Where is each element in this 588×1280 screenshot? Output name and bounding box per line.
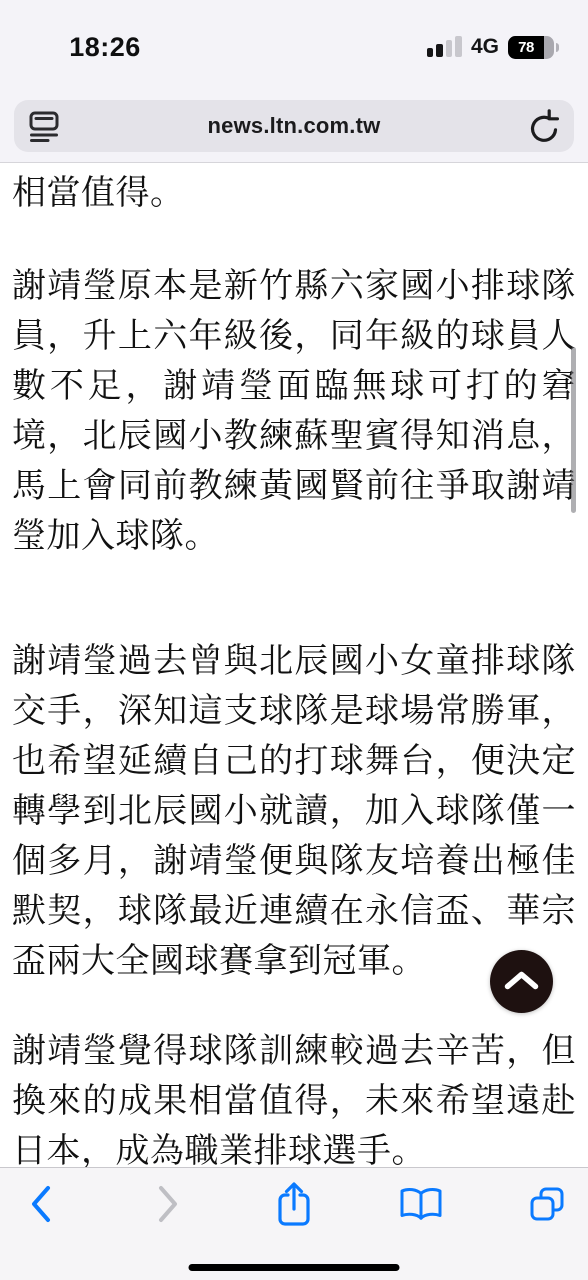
forward-button[interactable] (145, 1176, 191, 1232)
scrollbar-thumb[interactable] (571, 347, 576, 513)
forward-chevron-icon (155, 1184, 181, 1224)
open-book-icon (398, 1184, 444, 1224)
article-paragraph: 謝靖瑩覺得球隊訓練較過去辛苦，但換來的成果相當值得，未來希望遠赴日本，成為職業排… (12, 1026, 576, 1167)
web-page-content: 相當值得。 謝靖瑩原本是新竹縣六家國小排球隊員，升上六年級後，同年級的球員人數不… (0, 163, 588, 1167)
battery-icon: 78 (508, 36, 554, 59)
status-bar: 18:26 4G 78 (0, 30, 588, 64)
chevron-up-icon (490, 950, 553, 1013)
safari-browser-screen: 18:26 4G 78 (0, 0, 588, 1280)
reader-page-icon (27, 109, 61, 143)
battery-percent: 78 (508, 36, 544, 59)
scroll-to-top-button[interactable] (490, 950, 553, 1013)
status-time: 18:26 (60, 30, 150, 64)
bookmarks-button[interactable] (398, 1176, 444, 1232)
share-button[interactable] (271, 1176, 317, 1232)
article-paragraph: 謝靖瑩原本是新竹縣六家國小排球隊員，升上六年級後，同年級的球員人數不足，謝靖瑩面… (12, 261, 576, 561)
url-text: news.ltn.com.tw (208, 113, 381, 139)
tabs-icon (527, 1184, 567, 1224)
cellular-signal-icon (427, 35, 462, 60)
article-paragraph: 相當值得。 (12, 168, 576, 218)
reader-button[interactable] (18, 100, 70, 152)
article-text: 相當值得。 謝靖瑩原本是新竹縣六家國小排球隊員，升上六年級後，同年級的球員人數不… (0, 168, 588, 1167)
reload-icon (526, 107, 562, 145)
status-right-cluster: 4G 78 (427, 30, 554, 64)
back-button[interactable] (18, 1176, 64, 1232)
network-type-label: 4G (471, 35, 499, 59)
article-paragraph: 謝靖瑩過去曾與北辰國小女童排球隊交手，深知這支球隊是球場常勝軍，也希望延續自己的… (12, 636, 576, 986)
browser-top-chrome: 18:26 4G 78 (0, 0, 588, 163)
tabs-button[interactable] (524, 1176, 570, 1232)
back-chevron-icon (28, 1184, 54, 1224)
home-indicator[interactable] (189, 1264, 400, 1271)
share-icon (274, 1179, 314, 1229)
reload-button[interactable] (518, 100, 570, 152)
address-bar[interactable]: news.ltn.com.tw (14, 100, 574, 152)
